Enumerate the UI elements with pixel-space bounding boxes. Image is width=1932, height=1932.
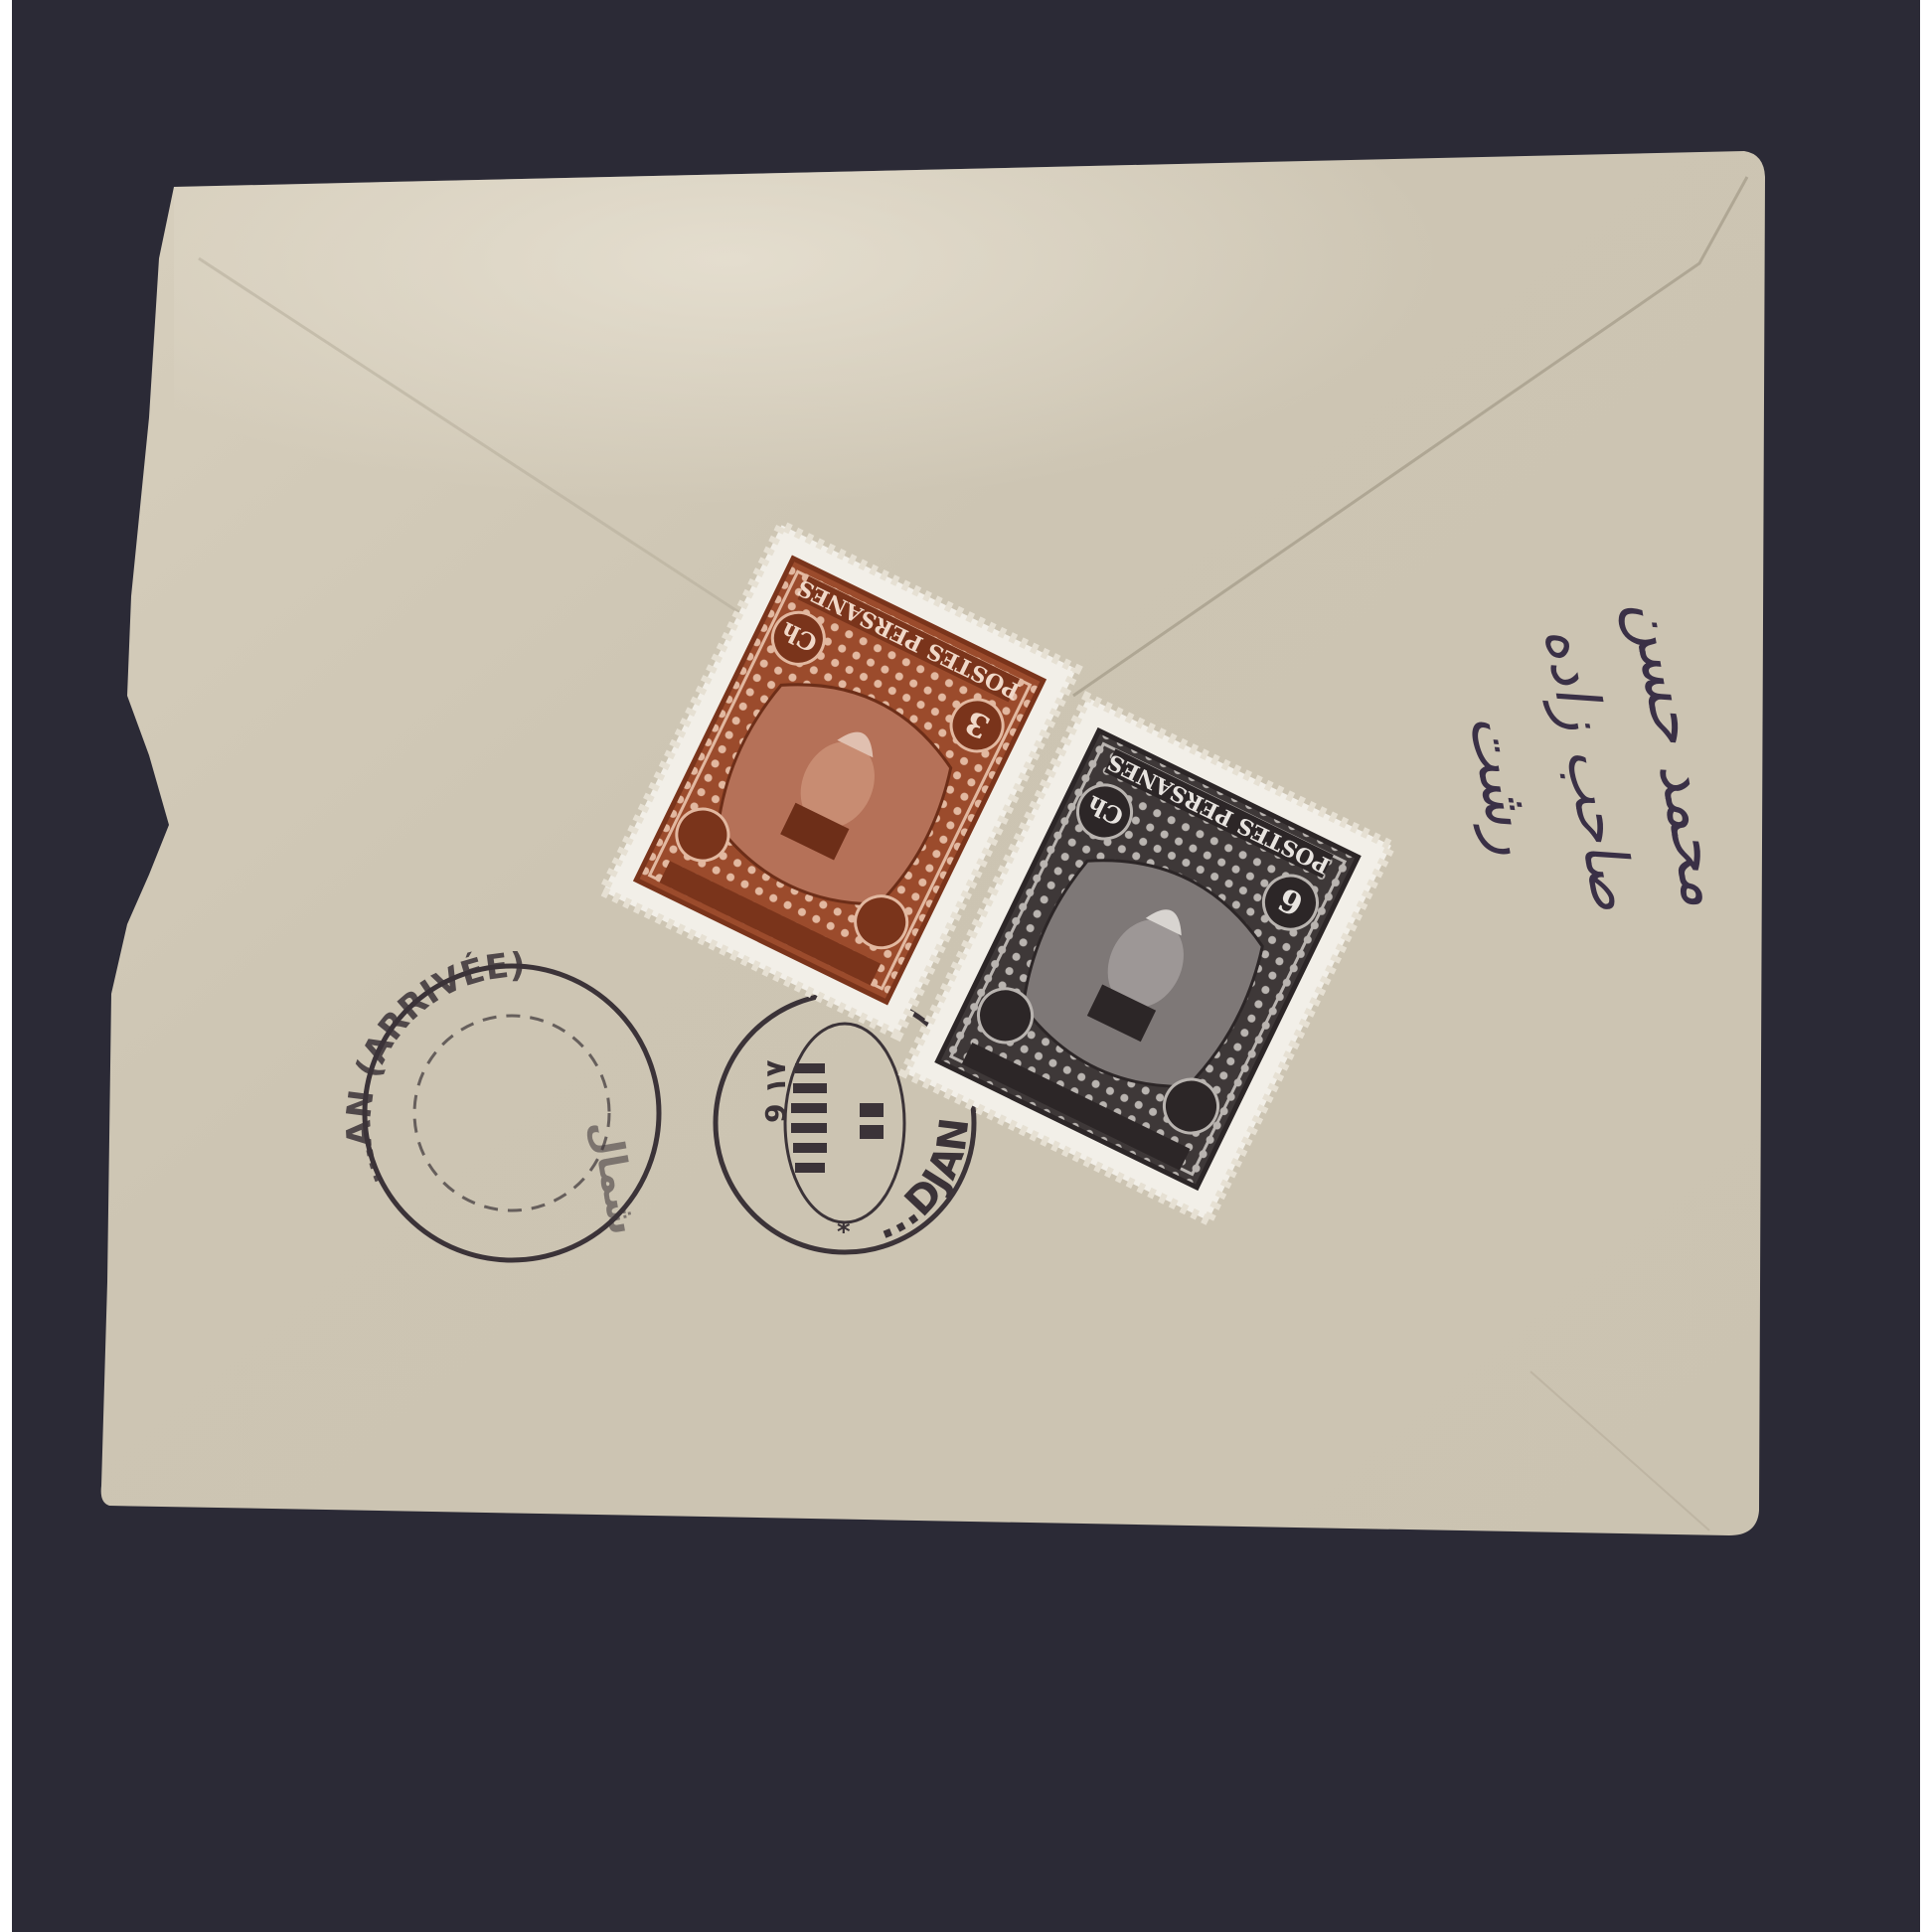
postmark-jan-date: 9 ۱۷ [759, 1060, 792, 1123]
envelope-photo-scene: ...AN (ARRIVÉE) ﺷﻤﺎﻝ 9 ۱۷ ...DJAN * POST… [0, 0, 1932, 1932]
postmark-jan-ornament: * [837, 1217, 851, 1247]
